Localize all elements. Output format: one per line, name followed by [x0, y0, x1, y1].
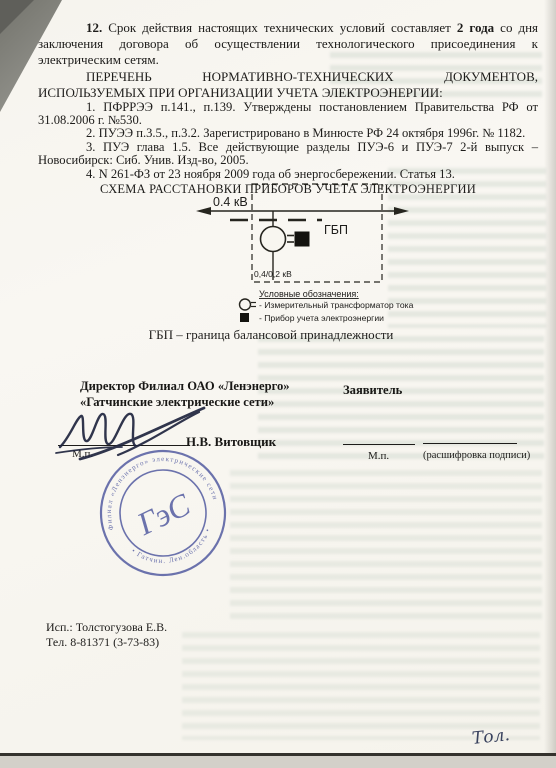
term-bold: 2 года: [457, 20, 494, 35]
transformer-ratio-label: 0,4/0,2 кВ: [254, 269, 292, 279]
signature-line-right: [343, 444, 415, 445]
bleedthrough-text: [230, 470, 542, 622]
metering-scheme-diagram: 0.4 кВ ГБП 0,4/0,2 кВ Условные обозначен…: [130, 182, 460, 332]
legend-meter-icon: [240, 313, 249, 322]
handwritten-initials: Тол.: [471, 725, 511, 749]
stamp-center-monogram: ГэС: [131, 486, 196, 543]
mp-right-label: М.п.: [368, 450, 389, 462]
arrow-left-icon: [196, 207, 211, 215]
transcript-line-right: [423, 443, 517, 444]
bus-voltage-label: 0.4 кВ: [213, 195, 248, 209]
bleedthrough-text: [182, 632, 540, 740]
page-edge-shadow: [544, 0, 556, 753]
applicant-label: Заявитель: [343, 383, 402, 398]
legend-meter-label: - Прибор учета электроэнергии: [259, 313, 384, 323]
list-item: 1. ПФРРЭЭ п.141., п.139. Утверждены пост…: [38, 101, 538, 128]
gbp-definition-caption: ГБП – граница балансовой принадлежности: [38, 327, 538, 343]
document-body-text: 12. Срок действия настоящих технических …: [38, 20, 538, 197]
arrow-right-icon: [394, 207, 409, 215]
scan-background-strip: [0, 756, 556, 768]
legend-title: Условные обозначения:: [259, 289, 359, 299]
list-item: 3. ПУЭ глава 1.5. Все действующие раздел…: [38, 141, 538, 168]
list-item: 4. N 261-ФЗ от 23 ноября 2009 года об эн…: [38, 168, 538, 181]
list-item: 2. ПУЭЭ п.3.5., п.3.2. Зарегистрировано …: [38, 127, 538, 140]
normative-docs-heading: ПЕРЕЧЕНЬ НОРМАТИВНО-ТЕХНИЧЕСКИХ ДОКУМЕНТ…: [38, 69, 538, 101]
legend-ct-icon: [240, 299, 251, 310]
paragraph-12: 12. Срок действия настоящих технических …: [38, 20, 538, 69]
current-transformer-icon: [261, 227, 286, 252]
meter-icon: [295, 232, 310, 247]
director-title-line1: Директор Филиал ОАО «Ленэнерго»: [80, 379, 340, 395]
document-page: 12. Срок действия настоящих технических …: [0, 0, 556, 753]
transcript-hint: (расшифровка подписи): [423, 450, 530, 461]
gbp-label: ГБП: [324, 223, 348, 237]
executor-phone: Тел. 8-81371 (3-73-83): [46, 635, 167, 650]
legend-ct-label: - Измерительный трансформатор тока: [259, 300, 414, 310]
paragraph-12-number: 12.: [86, 20, 102, 35]
executor-name: Исп.: Толстогузова Е.В.: [46, 620, 167, 635]
executor-block: Исп.: Толстогузова Е.В. Тел. 8-81371 (3-…: [46, 620, 167, 649]
scanned-document-page: { "document": { "para12": { "num": "12."…: [0, 0, 556, 768]
scan-corner-shadow: [0, 0, 46, 46]
